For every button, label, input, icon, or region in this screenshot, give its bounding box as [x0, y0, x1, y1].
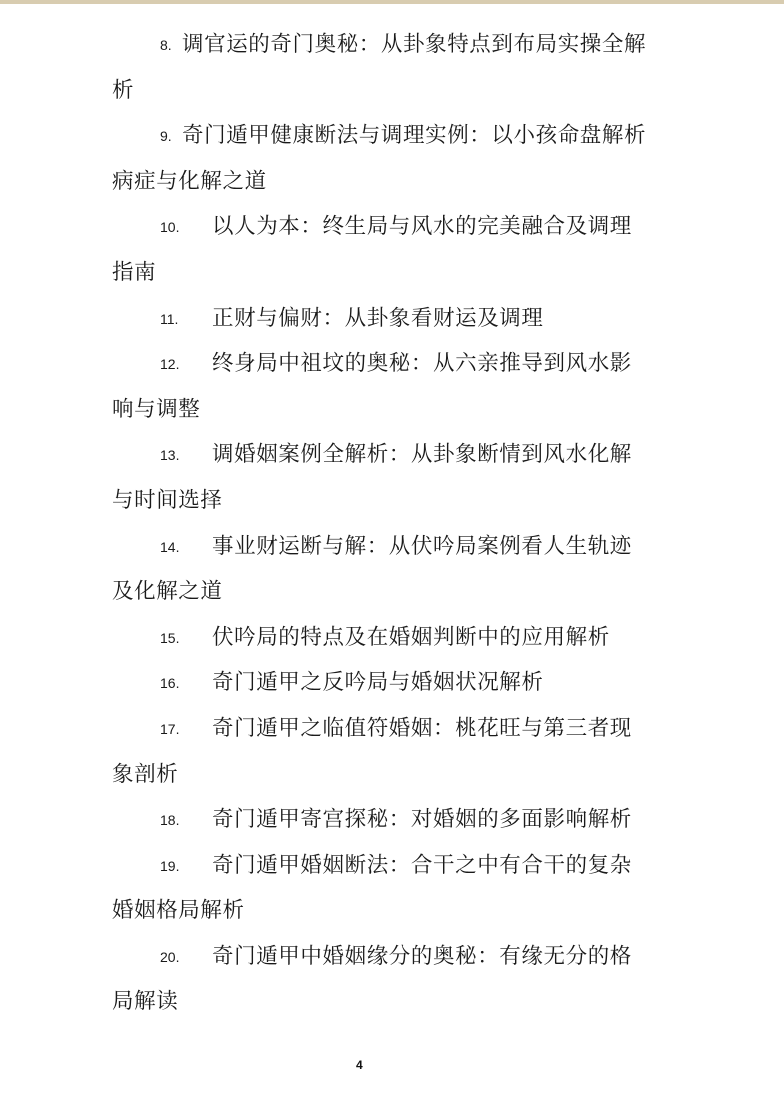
- entry-number: 14.: [160, 525, 179, 571]
- document-page: 8. 调官运的奇门奥秘：从卦象特点到布局实操全解 析 9. 奇门遁甲健康断法与调…: [0, 0, 784, 1117]
- toc-entry-20: 20. 奇门遁甲中婚姻缘分的奥秘：有缘无分的格 局解读: [112, 934, 672, 1025]
- entry-title-continuation: 象剖析: [112, 762, 178, 787]
- toc-entry-10: 10. 以人为本：终生局与风水的完美融合及调理 指南: [112, 204, 672, 295]
- entry-number: 8.: [160, 23, 172, 69]
- entry-title-line: 终身局中祖坟的奥秘：从六亲推导到风水影: [212, 351, 632, 376]
- entry-title-line: 奇门遁甲寄宫探秘：对婚姻的多面影响解析: [212, 807, 632, 832]
- top-edge-strip: [0, 0, 784, 4]
- entry-number: 11.: [160, 297, 178, 343]
- entry-title-line: 以人为本：终生局与风水的完美融合及调理: [212, 214, 632, 239]
- entry-number: 9.: [160, 114, 172, 160]
- entry-title-line: 奇门遁甲之临值符婚姻：桃花旺与第三者现: [212, 716, 632, 741]
- entry-title-continuation: 指南: [112, 260, 156, 285]
- toc-entry-16: 16. 奇门遁甲之反吟局与婚姻状况解析: [112, 660, 672, 706]
- entry-title-line: 奇门遁甲之反吟局与婚姻状况解析: [212, 670, 544, 695]
- toc-entry-8: 8. 调官运的奇门奥秘：从卦象特点到布局实操全解 析: [112, 22, 672, 113]
- toc-entry-15: 15. 伏吟局的特点及在婚姻判断中的应用解析: [112, 615, 672, 661]
- entry-number: 20.: [160, 935, 179, 981]
- entry-title-continuation: 病症与化解之道: [112, 169, 267, 194]
- toc-entry-11: 11. 正财与偏财：从卦象看财运及调理: [112, 296, 672, 342]
- table-of-contents: 8. 调官运的奇门奥秘：从卦象特点到布局实操全解 析 9. 奇门遁甲健康断法与调…: [112, 22, 672, 1025]
- entry-title-continuation: 婚姻格局解析: [112, 898, 245, 923]
- entry-number: 18.: [160, 798, 179, 844]
- toc-entry-14: 14. 事业财运断与解：从伏吟局案例看人生轨迹 及化解之道: [112, 524, 672, 615]
- toc-entry-13: 13. 调婚姻案例全解析：从卦象断情到风水化解 与时间选择: [112, 432, 672, 523]
- entry-title-line: 调婚姻案例全解析：从卦象断情到风水化解: [212, 442, 632, 467]
- entry-title-continuation: 与时间选择: [112, 488, 223, 513]
- entry-title-continuation: 及化解之道: [112, 579, 223, 604]
- entry-title-line: 正财与偏财：从卦象看财运及调理: [212, 306, 544, 331]
- entry-number: 15.: [160, 616, 179, 662]
- entry-title-continuation: 响与调整: [112, 397, 200, 422]
- toc-entry-19: 19. 奇门遁甲婚姻断法：合干之中有合干的复杂 婚姻格局解析: [112, 843, 672, 934]
- entry-title-continuation: 局解读: [112, 989, 178, 1014]
- toc-entry-12: 12. 终身局中祖坟的奥秘：从六亲推导到风水影 响与调整: [112, 341, 672, 432]
- entry-title-line: 伏吟局的特点及在婚姻判断中的应用解析: [212, 625, 610, 650]
- entry-number: 12.: [160, 342, 179, 388]
- entry-title-continuation: 析: [112, 78, 134, 103]
- entry-number: 10.: [160, 205, 179, 251]
- toc-entry-17: 17. 奇门遁甲之临值符婚姻：桃花旺与第三者现 象剖析: [112, 706, 672, 797]
- entry-title-line: 奇门遁甲中婚姻缘分的奥秘：有缘无分的格: [212, 944, 632, 969]
- entry-title-line: 调官运的奇门奥秘：从卦象特点到布局实操全解: [182, 32, 646, 57]
- entry-number: 13.: [160, 433, 179, 479]
- page-number: 4: [356, 1058, 363, 1072]
- entry-title-line: 奇门遁甲健康断法与调理实例：以小孩命盘解析: [182, 123, 646, 148]
- toc-entry-9: 9. 奇门遁甲健康断法与调理实例：以小孩命盘解析 病症与化解之道: [112, 113, 672, 204]
- entry-title-line: 事业财运断与解：从伏吟局案例看人生轨迹: [212, 534, 632, 559]
- toc-entry-18: 18. 奇门遁甲寄宫探秘：对婚姻的多面影响解析: [112, 797, 672, 843]
- entry-number: 17.: [160, 707, 179, 753]
- entry-title-line: 奇门遁甲婚姻断法：合干之中有合干的复杂: [212, 853, 632, 878]
- entry-number: 19.: [160, 844, 179, 890]
- entry-number: 16.: [160, 661, 179, 707]
